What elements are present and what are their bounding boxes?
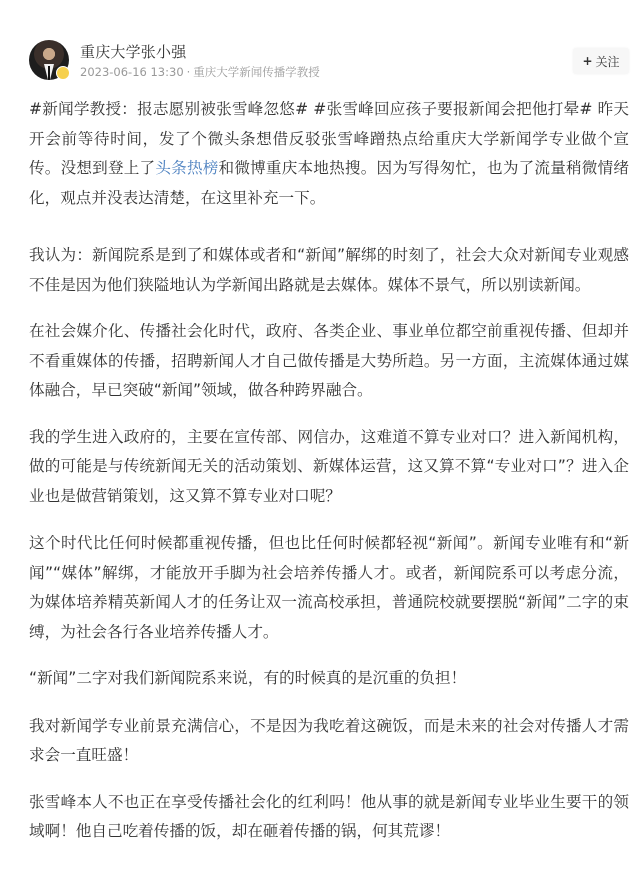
follow-label: 关注: [596, 53, 620, 70]
paragraph-1: #新闻学教授：报志愿别被张雪峰忽悠# #张雪峰回应孩子要报新闻会把他打晕# 昨天…: [29, 95, 629, 213]
paragraph-6: “新闻”二字对我们新闻院系来说，有的时候真的是沉重的负担！: [29, 664, 629, 694]
post-meta: 2023-06-16 13:30·重庆大学新闻传播学教授: [80, 64, 320, 80]
plus-icon: +: [582, 54, 592, 68]
hot-list-link[interactable]: 头条热榜: [155, 159, 218, 177]
paragraph-7: 我对新闻学专业前景充满信心，不是因为我吃着这碗饭，而是未来的社会对传播人才需求会…: [29, 712, 629, 771]
paragraph-3: 在社会媒介化、传播社会化时代，政府、各类企业、事业单位都空前重视传播、但却并不看…: [29, 317, 629, 406]
paragraph-2: 我认为：新闻院系是到了和媒体或者和“新闻”解绑的时刻了，社会大众对新闻专业观感不…: [29, 241, 629, 300]
paragraph-5: 这个时代比任何时候都重视传播，但也比任何时候都轻视“新闻”。新闻专业唯有和“新闻…: [29, 529, 629, 647]
author-title: 重庆大学新闻传播学教授: [193, 65, 320, 79]
post-timestamp: 2023-06-16 13:30: [80, 65, 184, 79]
follow-button[interactable]: + 关注: [573, 48, 629, 74]
meta-separator: ·: [187, 65, 191, 79]
paragraph-4: 我的学生进入政府的，主要在宣传部、网信办，这难道不算专业对口？进入新闻机构，做的…: [29, 423, 629, 512]
post-body: #新闻学教授：报志愿别被张雪峰忽悠# #张雪峰回应孩子要报新闻会把他打晕# 昨天…: [29, 95, 629, 865]
avatar-tie: [48, 66, 50, 80]
verified-badge-icon: [56, 66, 70, 80]
paragraph-8: 张雪峰本人不也正在享受传播社会化的红利吗！他从事的就是新闻专业毕业生要干的领域啊…: [29, 788, 629, 847]
author-name[interactable]: 重庆大学张小强: [80, 41, 186, 62]
post-header: 重庆大学张小强 2023-06-16 13:30·重庆大学新闻传播学教授 + 关…: [0, 0, 640, 90]
